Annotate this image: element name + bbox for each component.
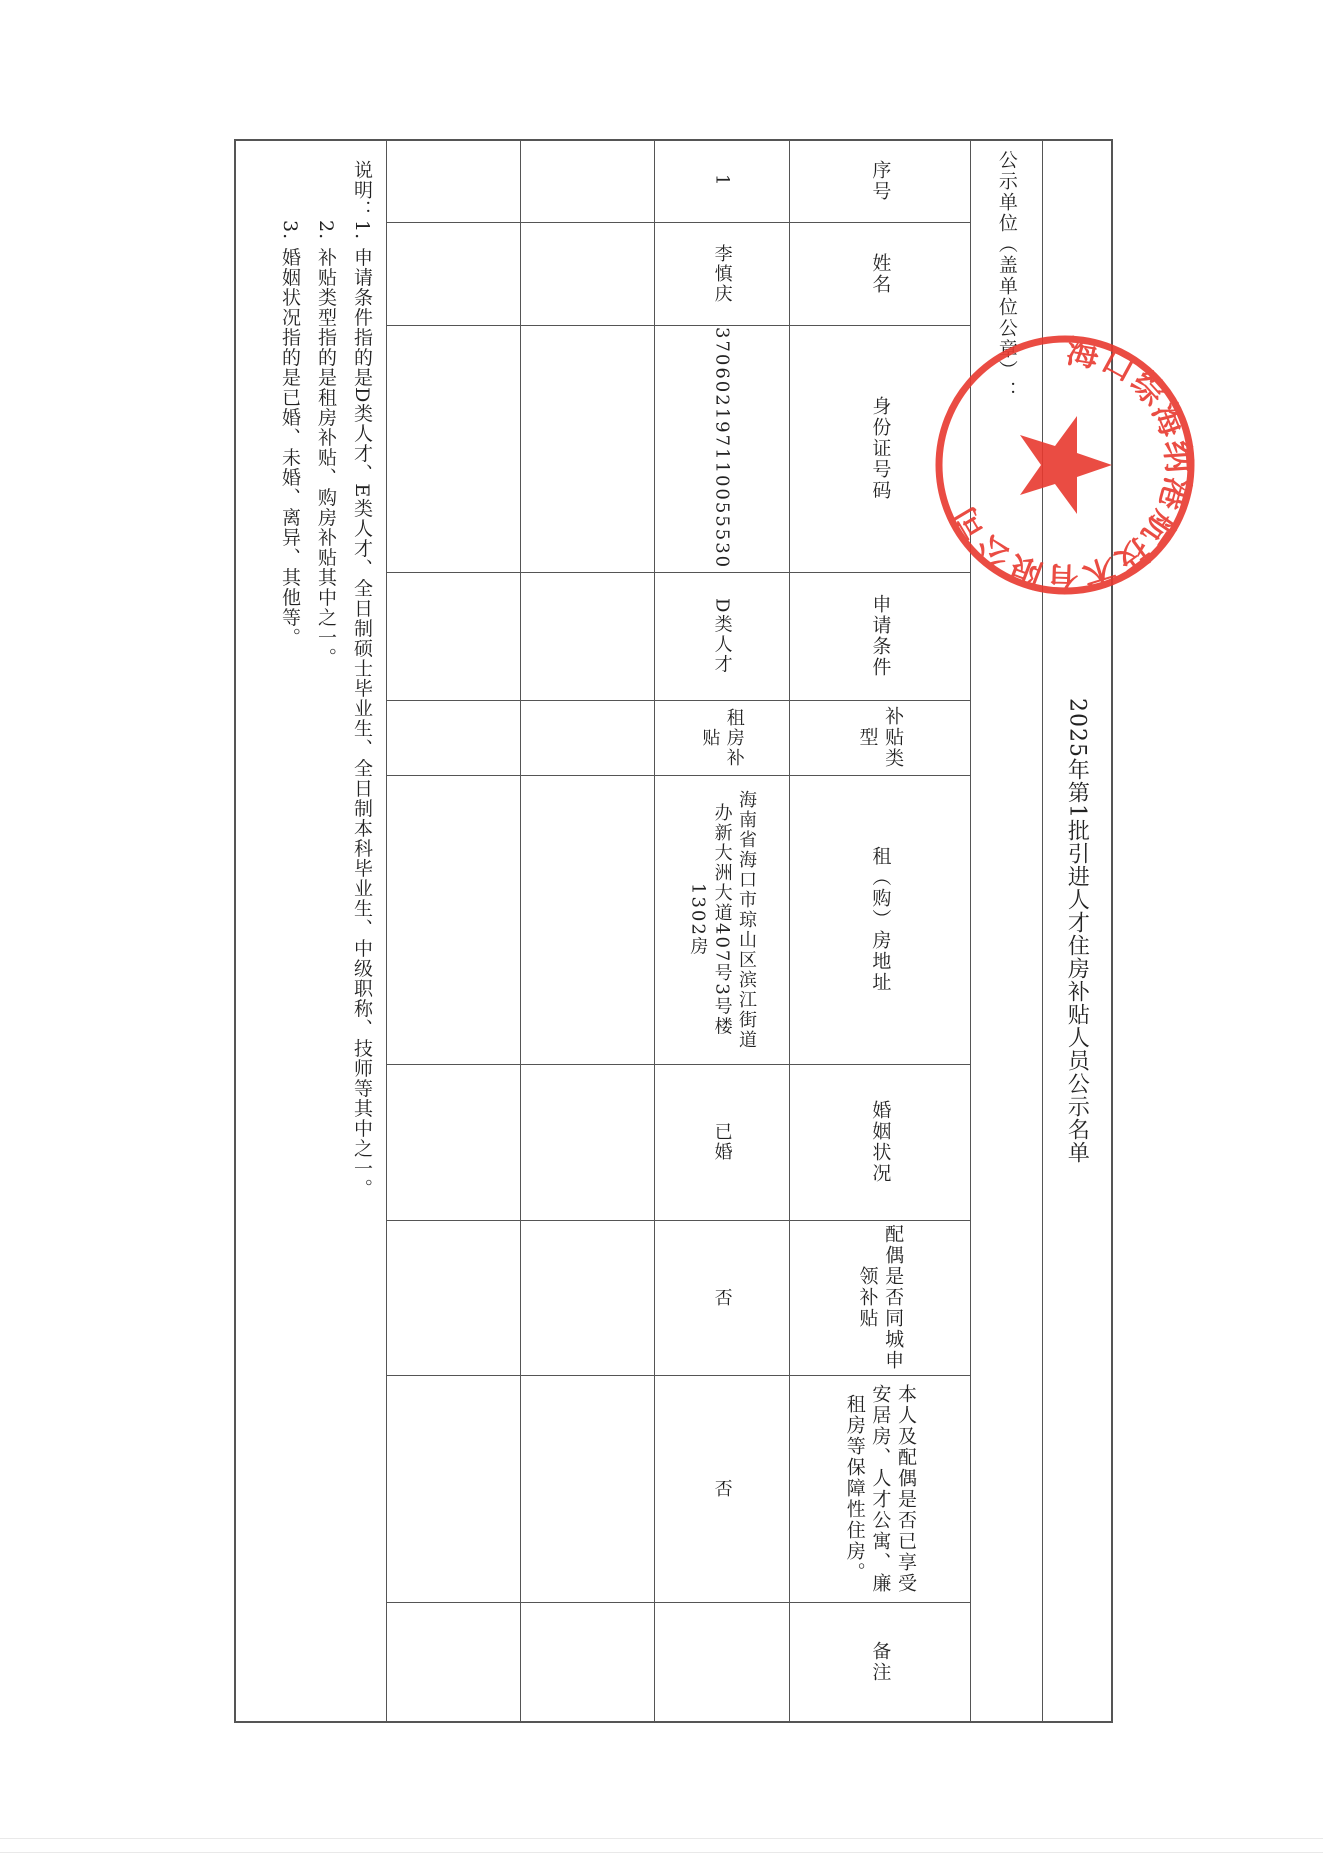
cell-name: 李慎庆 bbox=[654, 222, 789, 325]
border-right bbox=[1111, 139, 1113, 1723]
scan-artifact bbox=[0, 1838, 1323, 1839]
cell-id-number bbox=[386, 325, 520, 572]
cell-id-number bbox=[520, 325, 654, 572]
cell-spouse bbox=[520, 1220, 654, 1375]
note-1: 说明：1. 申请条件指的是D类人才、E类人才、全日制硕士毕业生、全日制本科毕业生… bbox=[344, 160, 380, 1700]
cell-housing: 否 bbox=[654, 1375, 789, 1602]
cell-remark bbox=[386, 1602, 520, 1722]
cell-remark bbox=[654, 1602, 789, 1722]
header-name: 姓名 bbox=[789, 222, 970, 325]
cell-seq bbox=[386, 139, 520, 222]
header-condition: 申请条件 bbox=[789, 572, 970, 700]
cell-remark bbox=[520, 1602, 654, 1722]
note-3: 3. 婚姻状况指的是已婚、未婚、离异、其他等。 bbox=[272, 160, 308, 1700]
publishing-unit-label: 公示单位（盖单位公章）： bbox=[970, 150, 1042, 1710]
cell-subsidy-type bbox=[520, 700, 654, 775]
cell-marital bbox=[386, 1064, 520, 1220]
cell-subsidy-type: 租房补贴 bbox=[654, 700, 789, 775]
cell-address: 海南省海口市琼山区滨江街道办新大洲大道407号3号楼1302房 bbox=[654, 775, 789, 1064]
header-subsidy-type: 补贴类型 bbox=[789, 700, 970, 775]
cell-spouse: 否 bbox=[654, 1220, 789, 1375]
cell-id-number: 370602197110055530 bbox=[654, 325, 789, 572]
cell-subsidy-type bbox=[386, 700, 520, 775]
cell-marital: 已婚 bbox=[654, 1064, 789, 1220]
scan-artifact bbox=[0, 1852, 1323, 1853]
header-housing: 本人及配偶是否已享受安居房、人才公寓、廉租房等保障性住房。 bbox=[789, 1375, 970, 1602]
document-title: 2025年第1批引进人才住房补贴人员公示名单 bbox=[1042, 139, 1111, 1723]
cell-seq: 1 bbox=[654, 139, 789, 222]
cell-marital bbox=[520, 1064, 654, 1220]
header-seq: 序号 bbox=[789, 139, 970, 222]
cell-spouse bbox=[386, 1220, 520, 1375]
cell-address bbox=[520, 775, 654, 1064]
header-spouse: 配偶是否同城申领补贴 bbox=[789, 1220, 970, 1375]
header-address: 租（购）房地址 bbox=[789, 775, 970, 1064]
cell-condition: D类人才 bbox=[654, 572, 789, 700]
cell-seq bbox=[520, 139, 654, 222]
cell-condition bbox=[520, 572, 654, 700]
cell-name bbox=[520, 222, 654, 325]
header-remark: 备注 bbox=[789, 1602, 970, 1722]
header-id-number: 身份证号码 bbox=[789, 325, 970, 572]
cell-name bbox=[386, 222, 520, 325]
cell-address bbox=[386, 775, 520, 1064]
cell-housing bbox=[386, 1375, 520, 1602]
note-2: 2. 补贴类型指的是租房补贴、购房补贴其中之一。 bbox=[308, 160, 344, 1700]
header-marital: 婚姻状况 bbox=[789, 1064, 970, 1220]
cell-housing bbox=[520, 1375, 654, 1602]
border-left bbox=[234, 139, 236, 1723]
notes-section: 说明：1. 申请条件指的是D类人才、E类人才、全日制硕士毕业生、全日制本科毕业生… bbox=[250, 160, 380, 1700]
cell-condition bbox=[386, 572, 520, 700]
